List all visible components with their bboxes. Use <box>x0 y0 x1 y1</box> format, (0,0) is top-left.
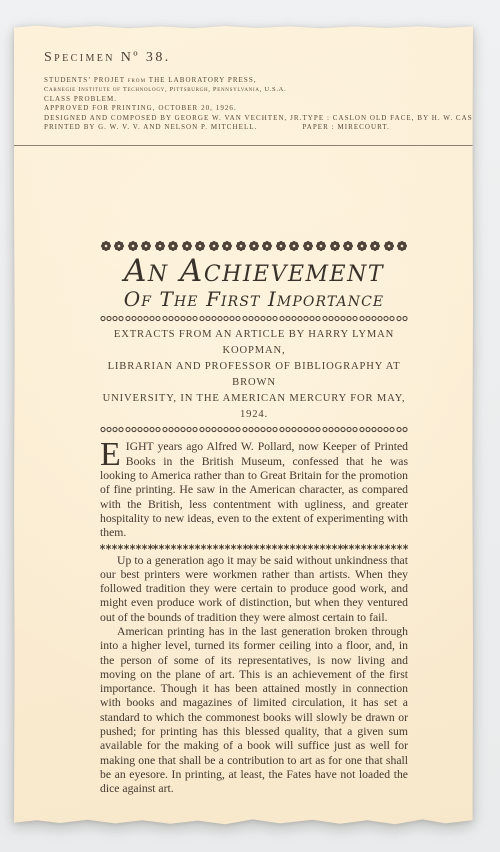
attribution-block: EXTRACTS FROM AN ARTICLE BY HARRY LYMAN … <box>100 327 408 423</box>
paragraph-third: American printing has in the last genera… <box>100 625 408 797</box>
paper-shadow-wrap: Specimen Nº 38. STUDENTS’ PROJET from TH… <box>14 24 473 825</box>
paragraph-first-text: IGHT years ago Alfred W. Pollard, now Ke… <box>100 440 408 539</box>
imprint-line-paper: PAPER : MIRECOURT. <box>302 123 500 132</box>
attribution-line-2: LIBRARIAN AND PROFESSOR OF BIBLIOGRAPHY … <box>108 361 401 388</box>
attribution-line-1: EXTRACTS FROM AN ARTICLE BY HARRY LYMAN … <box>114 329 394 356</box>
imprint-line-approved: APPROVED FOR PRINTING, OCTOBER 20, 1926. <box>44 104 302 113</box>
paragraph-second: Up to a generation ago it may be said wi… <box>100 554 408 625</box>
imprint-line-institute: Carnegie Institute of Technology, Pittsb… <box>44 85 302 94</box>
imprint-line-press: STUDENTS’ PROJET from THE LABORATORY PRE… <box>44 76 302 85</box>
attribution-line-3: UNIVERSITY, IN THE AMERICAN MERCURY FOR … <box>103 393 406 420</box>
imprint-line-designer: DESIGNED AND COMPOSED BY GEORGE W. VAN V… <box>44 114 302 123</box>
imprint-line-type: TYPE : CASLON OLD FACE, BY H. W. CASLON … <box>302 114 500 123</box>
header-rule <box>14 145 473 146</box>
specimen-sheet: Specimen Nº 38. STUDENTS’ PROJET from TH… <box>14 24 473 825</box>
ring-ornament-row-bottom <box>100 426 408 433</box>
imprint-line-class: CLASS PROBLEM. <box>44 95 302 104</box>
imprint-line-printer: PRINTED BY G. W. V. V. AND NELSON P. MIT… <box>44 123 302 132</box>
paragraph-first: EIGHT years ago Alfred W. Pollard, now K… <box>100 440 408 540</box>
imprint-left-column: STUDENTS’ PROJET from THE LABORATORY PRE… <box>44 76 302 132</box>
imprint-columns: STUDENTS’ PROJET from THE LABORATORY PRE… <box>44 76 449 132</box>
article-title-line1: An Achievement <box>100 254 408 288</box>
rosette-ornament-row <box>100 240 408 252</box>
drop-cap: E <box>100 440 126 468</box>
ring-ornament-row-top <box>100 315 408 322</box>
star-ornament-row <box>100 544 408 550</box>
imprint-right-column: TYPE : CASLON OLD FACE, BY H. W. CASLON … <box>302 114 500 133</box>
article-title-line2: Of The First Importance <box>100 288 408 311</box>
imprint-header: Specimen Nº 38. STUDENTS’ PROJET from TH… <box>14 24 473 132</box>
specimen-number: Specimen Nº 38. <box>44 51 449 65</box>
text-column: An Achievement Of The First Importance E… <box>100 240 408 796</box>
